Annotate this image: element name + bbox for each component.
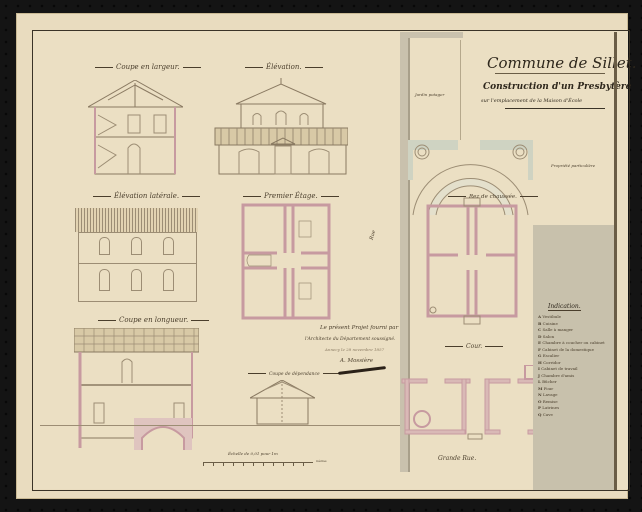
wall-strip-top xyxy=(408,32,463,38)
legend-item: Q Cave xyxy=(538,412,613,419)
signature-block: Le présent Projet fourni par l'Architect… xyxy=(300,320,410,375)
side-roof xyxy=(75,208,198,232)
signature-line2: l'Architecte du Département soussigné. xyxy=(305,337,395,342)
side-elevation-walls xyxy=(78,232,197,302)
outbuilding-section-drawing xyxy=(250,380,315,425)
label-propriete: Propriété particulière xyxy=(551,163,595,168)
title-underline xyxy=(505,108,605,109)
longitudinal-section-drawing xyxy=(74,328,199,450)
title-project: Construction d'un Presbytère xyxy=(483,82,631,92)
scale-bar xyxy=(203,462,313,466)
signature-date: Annecy le 28 novembre 1857 xyxy=(325,347,384,352)
scale-unit: mètres xyxy=(316,459,327,463)
outbuildings-plan xyxy=(400,365,540,440)
garden-divider xyxy=(460,40,461,140)
ground-line-right xyxy=(250,425,400,426)
label-grande-rue: Grande Rue. xyxy=(438,455,476,462)
signature-line1: Le présent Projet fourni par xyxy=(320,325,398,331)
label-coupe-longueur: Coupe en longueur. xyxy=(95,316,212,324)
ground-floor-site-plan xyxy=(408,140,533,330)
legend-panel: Indication. A Vestibule B Cuisine C Sall… xyxy=(538,293,613,418)
right-border-line xyxy=(614,32,617,490)
legend-title: Indication. xyxy=(548,303,581,311)
title-rule xyxy=(495,73,605,74)
label-jardin: Jardin potager xyxy=(415,92,444,97)
signature-flourish xyxy=(338,366,386,375)
label-elevation: Élévation. xyxy=(242,63,326,71)
label-premier-etage: Premier Étage. xyxy=(240,192,342,200)
scale-label: Échelle de 0,01 pour 1m xyxy=(228,451,278,456)
ground-line-left xyxy=(40,425,250,426)
label-cour: Cour. xyxy=(442,343,506,350)
front-elevation-drawing xyxy=(213,78,348,175)
label-elevation-laterale: Élévation latérale. xyxy=(90,192,203,200)
first-floor-plan xyxy=(241,203,331,320)
title-subtitle: sur l'emplacement de la Maison d'École xyxy=(481,98,582,104)
label-coupe-largeur: Coupe en largeur. xyxy=(92,63,204,71)
label-rez-de-chaussee: Rez de chaussée. xyxy=(445,194,541,200)
section-width-drawing xyxy=(88,80,183,175)
signature-name: A. Mossière xyxy=(340,358,373,364)
